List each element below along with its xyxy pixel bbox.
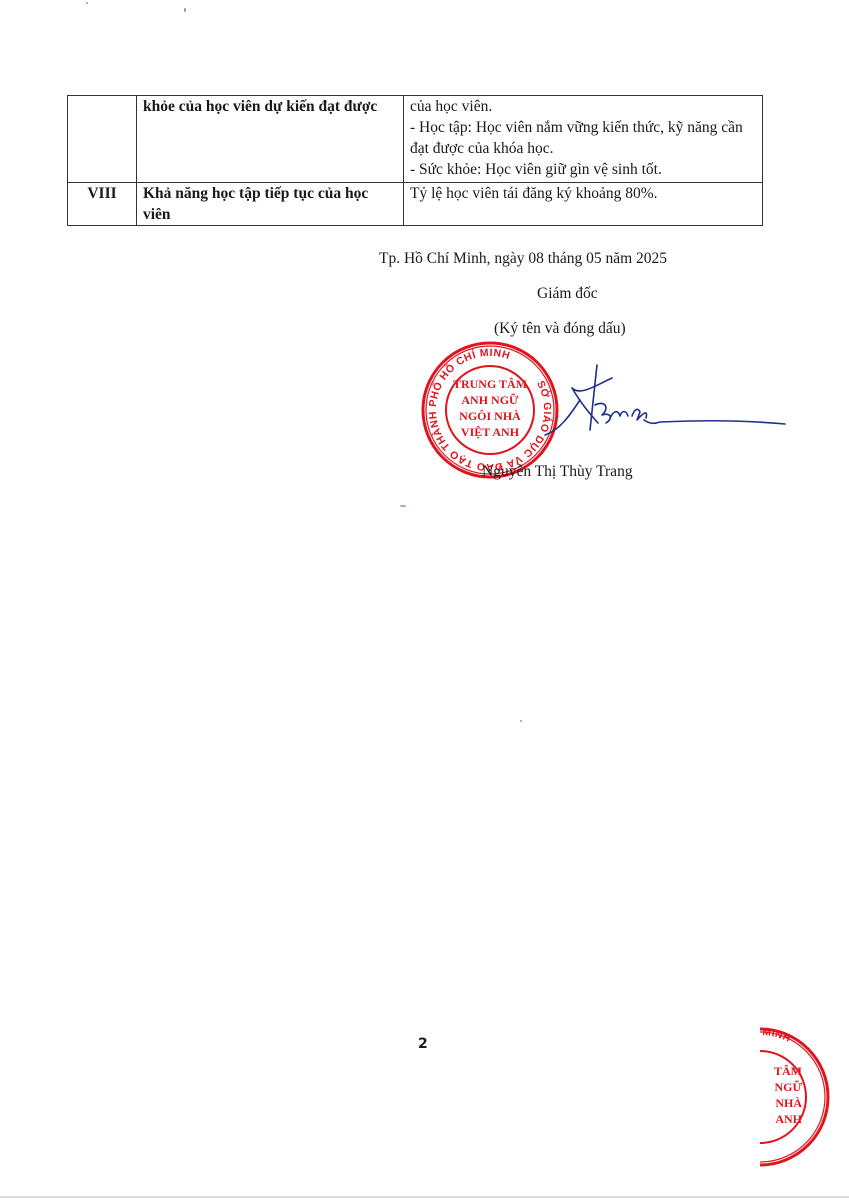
page-bottom-edge (0, 1196, 849, 1198)
row-index (68, 96, 137, 183)
row-details: Tỷ lệ học viên tái đăng ký khoảng 80%. (404, 183, 763, 226)
detail-line: của học viên. (410, 96, 756, 117)
director-signature (540, 360, 790, 450)
svg-text:ANH NGỮ: ANH NGỮ (461, 393, 519, 407)
stamp-seal-icon: THÀNH PHỐ HỒ CHÍ MINH TÂMNGỮNHÀANH (760, 1025, 849, 1170)
row-index: VIII (68, 183, 137, 226)
evaluation-table: khỏe của học viên dự kiến đạt được của h… (67, 95, 763, 226)
table-row: khỏe của học viên dự kiến đạt được của h… (68, 96, 763, 183)
edge-stamp-fragment: THÀNH PHỐ HỒ CHÍ MINH TÂMNGỮNHÀANH (760, 1025, 849, 1170)
place-date: Tp. Hồ Chí Minh, ngày 08 tháng 05 năm 20… (379, 250, 667, 268)
scan-speck (400, 505, 406, 507)
official-stamp: SỞ GIÁO DỤC VÀ ĐÀO TẠO THÀNH PHỐ HỒ CHÍ … (420, 340, 560, 480)
svg-text:NGỮ: NGỮ (774, 1080, 802, 1094)
signer-name: Nguyễn Thị Thùy Trang (482, 463, 633, 481)
row-details: của học viên. - Học tập: Học viên nắm vữ… (404, 96, 763, 183)
sign-note: (Ký tên và đóng dấu) (494, 320, 626, 338)
table-row: VIII Khả năng học tập tiếp tục của học v… (68, 183, 763, 226)
row-criterion: khỏe của học viên dự kiến đạt được (137, 96, 404, 183)
scan-speck (184, 8, 186, 12)
signer-title: Giám đốc (537, 285, 598, 303)
detail-line: - Sức khỏe: Học viên giữ gìn vệ sinh tốt… (410, 159, 756, 180)
svg-text:NHÀ: NHÀ (775, 1096, 802, 1110)
svg-text:NGÔI NHÀ: NGÔI NHÀ (459, 409, 521, 423)
signature-icon (540, 360, 790, 450)
document-page: khỏe của học viên dự kiến đạt được của h… (0, 0, 849, 1200)
row-criterion: Khả năng học tập tiếp tục của học viên (137, 183, 404, 226)
svg-text:TRUNG TÂM: TRUNG TÂM (453, 377, 527, 391)
detail-line: - Học tập: Học viên nắm vững kiến thức, … (410, 117, 756, 159)
stamp-seal-icon: SỞ GIÁO DỤC VÀ ĐÀO TẠO THÀNH PHỐ HỒ CHÍ … (420, 340, 560, 480)
detail-line: Tỷ lệ học viên tái đăng ký khoảng 80%. (410, 183, 756, 204)
svg-text:VIỆT ANH: VIỆT ANH (461, 425, 520, 439)
svg-text:TÂM: TÂM (774, 1064, 802, 1078)
scan-speck (520, 720, 522, 722)
svg-text:ANH: ANH (775, 1112, 802, 1126)
scan-speck (86, 2, 88, 4)
page-number: 2 (418, 1036, 428, 1052)
